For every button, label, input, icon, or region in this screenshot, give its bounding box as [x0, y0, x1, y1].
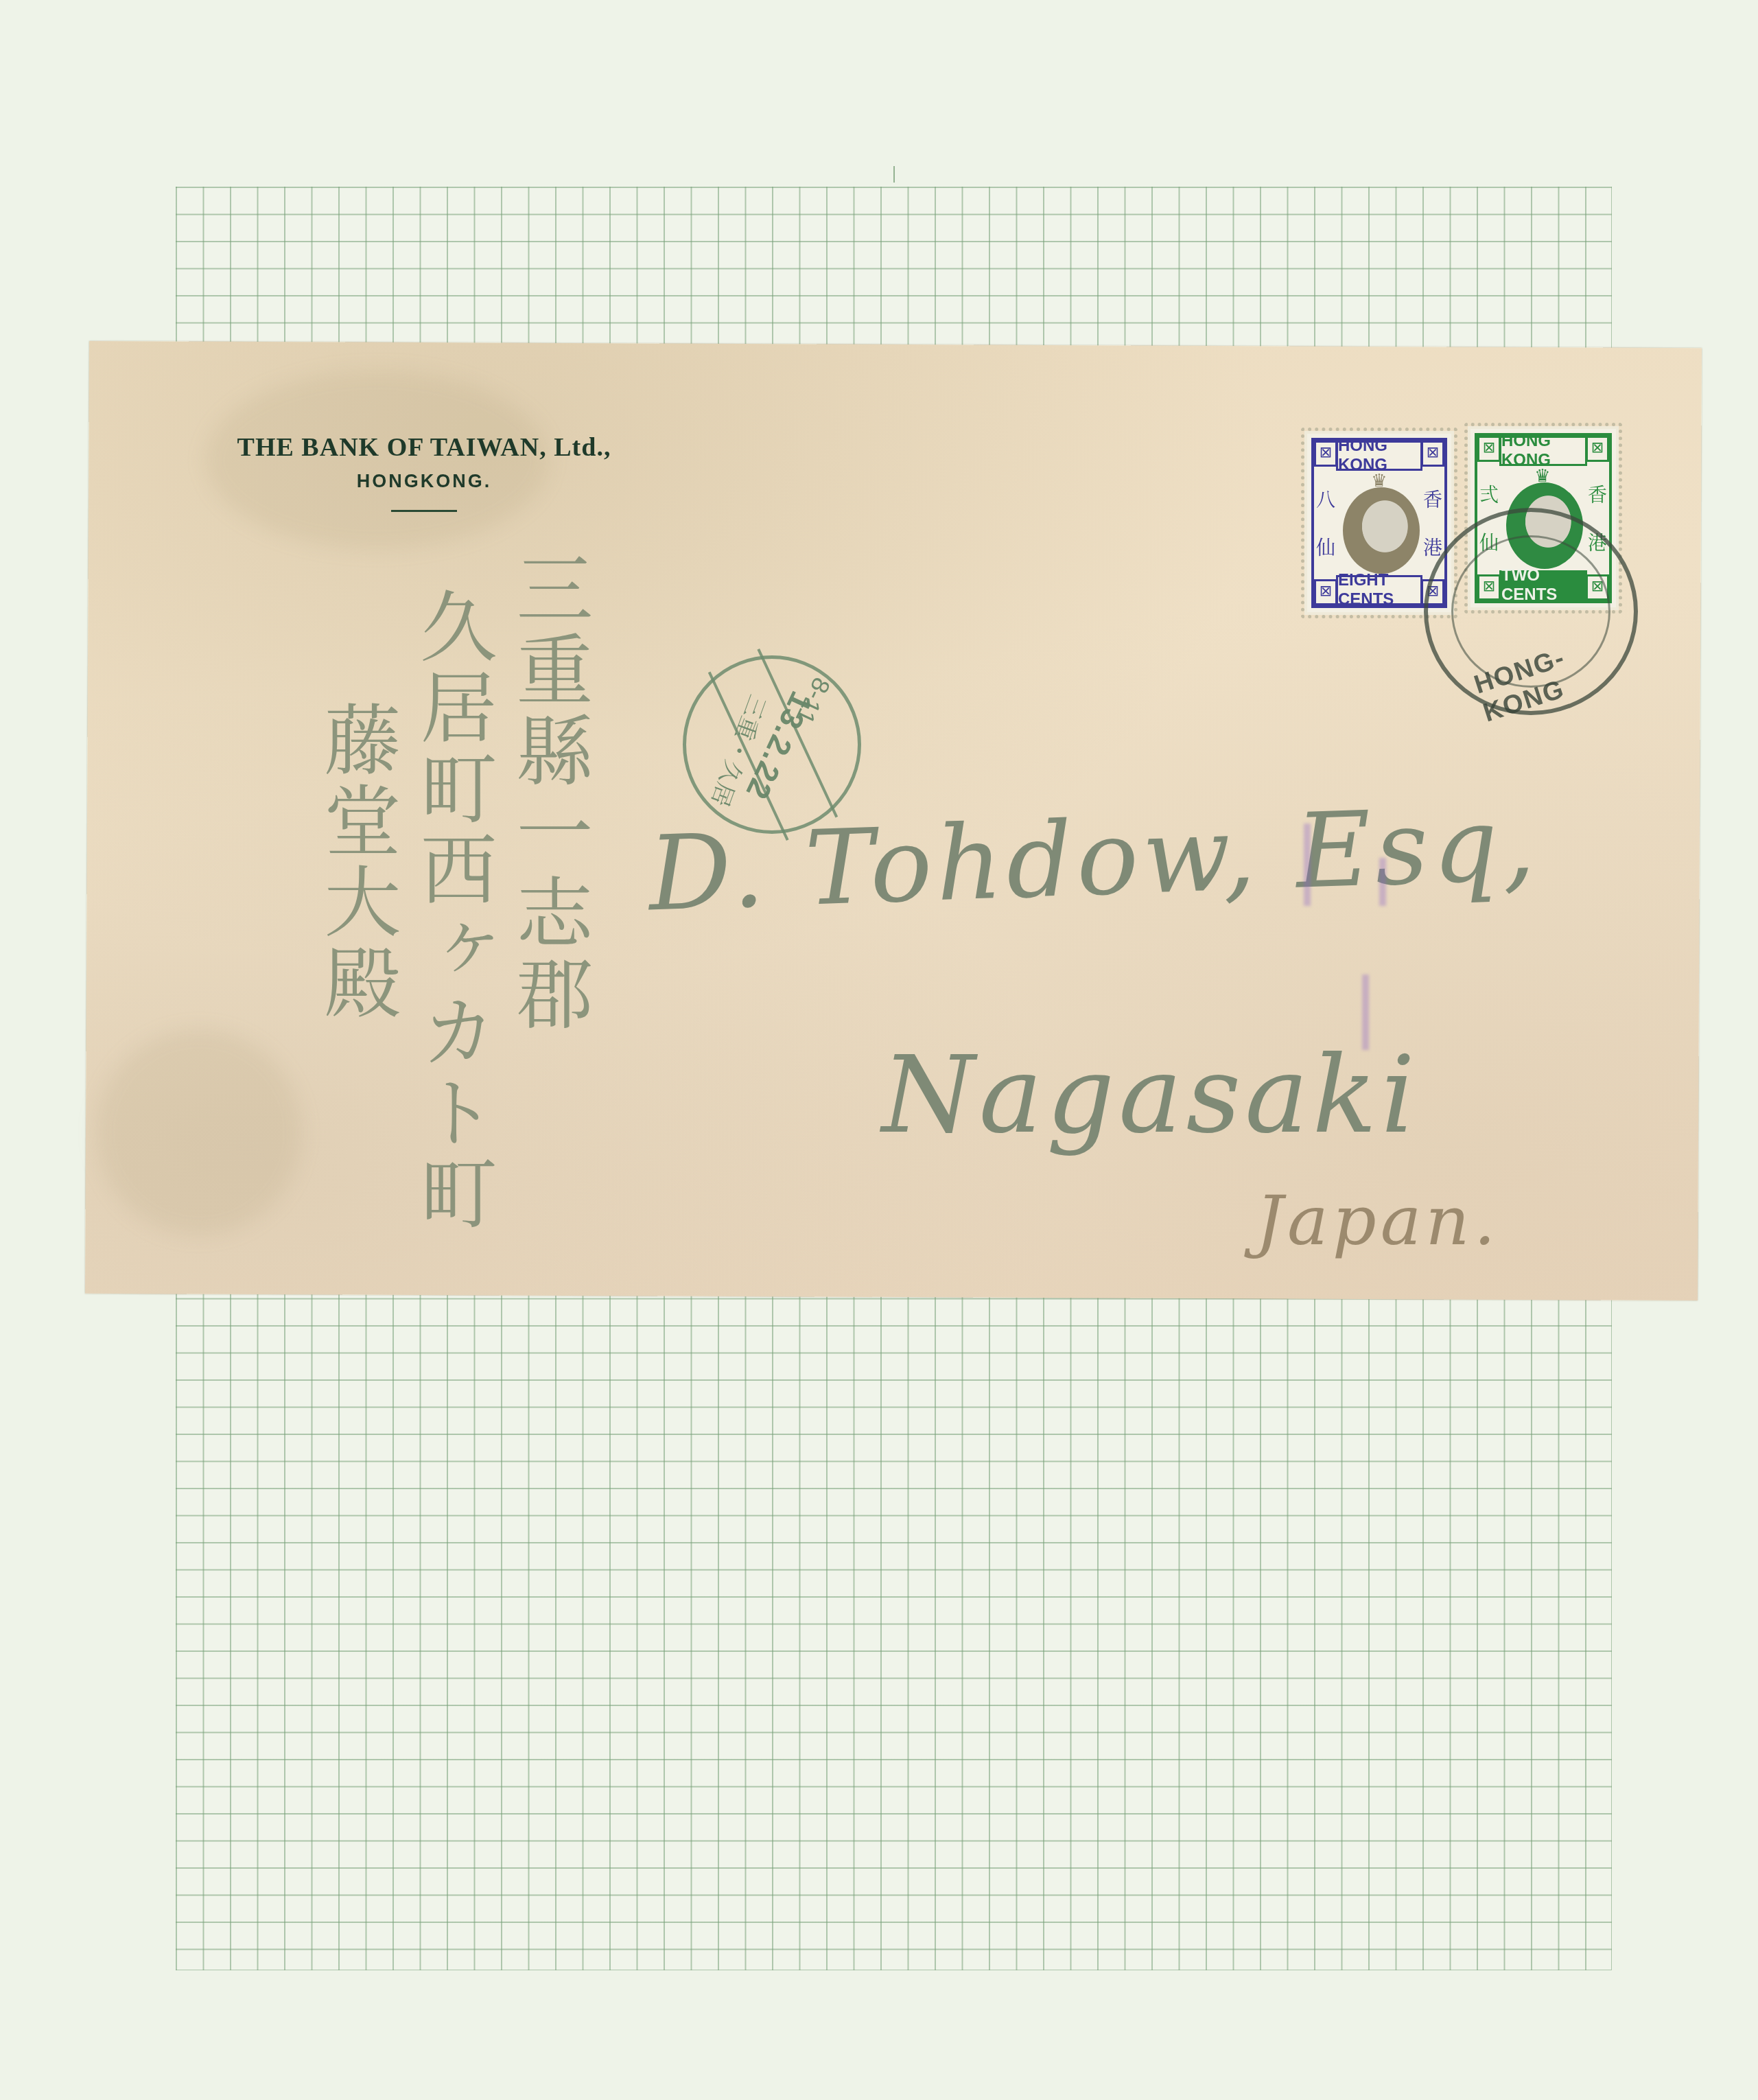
stamp-country: HONG KONG	[1336, 441, 1422, 471]
japanese-address-line-1: 三重縣一志郡	[510, 549, 587, 1235]
japanese-address-line-3: 藤堂大殿	[318, 700, 395, 1235]
king-portrait	[1343, 487, 1420, 574]
stamp-value: EIGHT CENTS	[1336, 575, 1422, 605]
corner-ornament-icon: ⊠	[1421, 441, 1444, 467]
letterhead-title: THE BANK OF TAIWAN, Ltd.,	[218, 432, 630, 463]
addressee-country: Japan.	[1256, 1180, 1500, 1261]
ink-smudge	[1379, 858, 1386, 906]
addressee-city: Nagasaki	[882, 1033, 1419, 1157]
japanese-postmark: 三重・久居 13.2.22 8-11	[683, 655, 861, 834]
ink-smudge	[1362, 975, 1369, 1050]
stamp-right-characters: 香 港	[1422, 482, 1443, 564]
stamp-left-characters: 八 仙	[1315, 482, 1336, 564]
stamp-char: 香	[1422, 485, 1443, 513]
stamp-country: HONG KONG	[1499, 436, 1587, 466]
corner-ornament-icon: ⊠	[1477, 436, 1501, 462]
letterhead-city: HONGKONG.	[218, 471, 630, 492]
japanese-address-line-2: 久居町西ヶカト町	[414, 587, 491, 1235]
letterhead-rule	[391, 510, 457, 512]
japanese-address: 三重縣一志郡 久居町西ヶカト町 藤堂大殿	[244, 549, 587, 1235]
corner-ornament-icon: ⊠	[1314, 441, 1337, 467]
center-tick-mark	[893, 166, 895, 183]
stamp-char: 八	[1315, 485, 1336, 513]
stamp-char: 弍	[1479, 480, 1499, 508]
ink-smudge	[1304, 824, 1311, 906]
stamp-char: 仙	[1315, 533, 1336, 561]
corner-ornament-icon: ⊠	[1314, 579, 1337, 605]
letterhead: THE BANK OF TAIWAN, Ltd., HONGKONG.	[218, 432, 630, 512]
hongkong-postmark: HONG-KONG	[1424, 508, 1638, 715]
corner-ornament-icon: ⊠	[1586, 436, 1609, 462]
stamp-char: 香	[1587, 480, 1608, 508]
